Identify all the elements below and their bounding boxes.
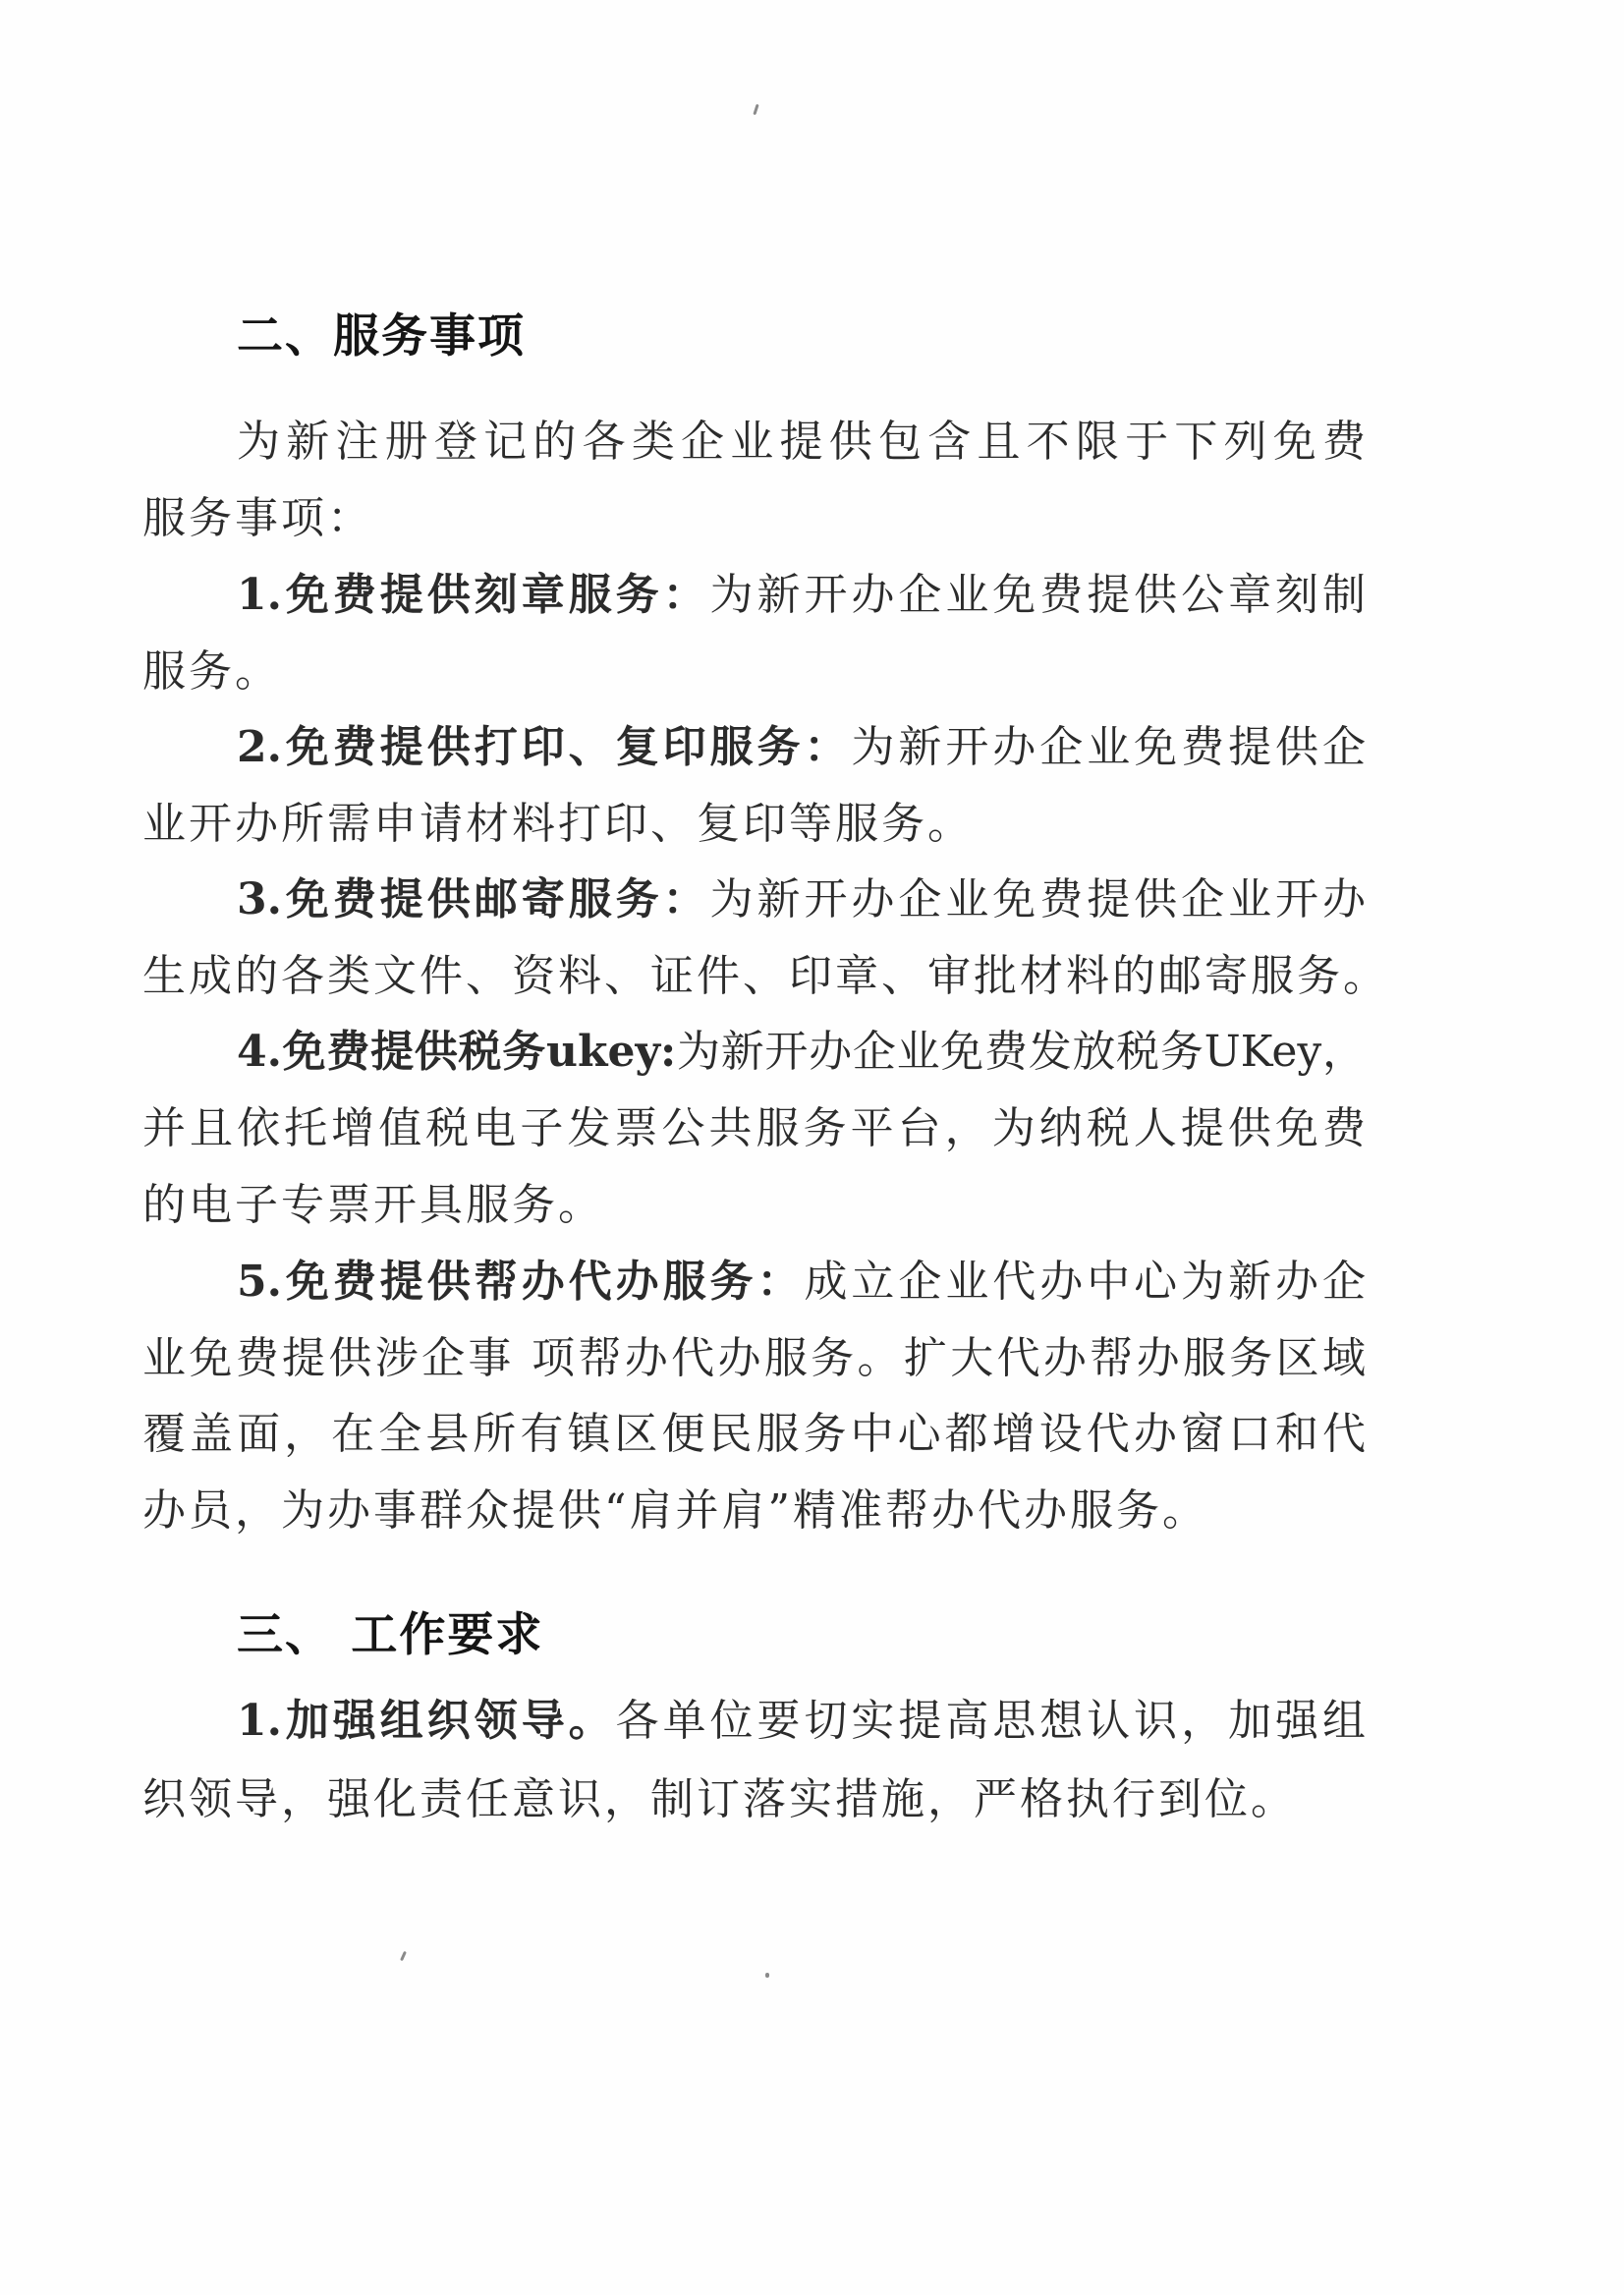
line-text: 织领导，强化责任意识，制订落实措施，严格执行到位。 [142, 1774, 1297, 1824]
text-line: 2.免费提供打印、复印服务：为新开办企业免费提供企 [142, 709, 1366, 786]
text-line: 1.免费提供刻章服务：为新开办企业免费提供公章刻制 [142, 557, 1366, 634]
section-heading-work-requirements: 三、 工作要求 [142, 1597, 1366, 1674]
line-text: 为新开办企业免费提供公章刻制 [710, 570, 1366, 620]
line-text: 各单位要切实提高思想认识，加强组 [616, 1696, 1366, 1746]
text-line: 4.免费提供税务ukey:为新开办企业免费发放税务UKey， [142, 1014, 1366, 1091]
text-line: 的电子专票开具服务。 [142, 1167, 1366, 1244]
text-line: 业开办所需申请材料打印、复印等服务。 [142, 786, 1366, 863]
line-text: 并且依托增值税电子发票公共服务平台，为纳税人提供免费 [142, 1103, 1366, 1153]
line-lead: 4.免费提供税务ukey: [237, 1027, 676, 1077]
section-heading-services: 二、服务事项 [142, 299, 1366, 375]
line-text: 为新开办企业免费提供企 [851, 722, 1366, 772]
text-line: 服务事项： [142, 480, 1366, 557]
line-text: 成立企业代办中心为新办企 [804, 1257, 1366, 1307]
text-line: 为新注册登记的各类企业提供包含且不限于下列免费 [142, 404, 1366, 480]
text-line: 覆盖面，在全县所有镇区便民服务中心都增设代办窗口和代 [142, 1396, 1366, 1473]
line-text: 业免费提供涉企事 项帮办代办服务。扩大代办帮办服务区域 [142, 1333, 1366, 1383]
line-text: 服务事项： [142, 493, 373, 543]
text-line: 5.免费提供帮办代办服务：成立企业代办中心为新办企 [142, 1244, 1366, 1320]
line-text: 为新开办企业免费提供企业开办 [710, 874, 1366, 924]
line-lead: 1.免费提供刻章服务： [237, 570, 710, 620]
line-lead: 5.免费提供帮办代办服务： [237, 1257, 804, 1307]
text-line: 并且依托增值税电子发票公共服务平台，为纳税人提供免费 [142, 1091, 1366, 1167]
document-page: 二、服务事项 为新注册登记的各类企业提供包含且不限于下列免费 服务事项： 1.免… [0, 0, 1624, 2295]
line-text: 办员，为办事群众提供“肩并肩”精准帮办代办服务。 [142, 1485, 1208, 1536]
line-text: 生成的各类文件、资料、证件、印章、审批材料的邮寄服务。 [142, 951, 1389, 1001]
line-text: 为新注册登记的各类企业提供包含且不限于下列免费 [237, 417, 1366, 467]
text-line: 织领导，强化责任意识，制订落实措施，严格执行到位。 [142, 1762, 1366, 1838]
line-text: 的电子专票开具服务。 [142, 1180, 604, 1230]
text-line: 办员，为办事群众提供“肩并肩”精准帮办代办服务。 [142, 1473, 1366, 1549]
line-lead: 3.免费提供邮寄服务： [237, 874, 710, 924]
text-line: 3.免费提供邮寄服务：为新开办企业免费提供企业开办 [142, 862, 1366, 938]
scan-speck [400, 1951, 407, 1961]
scan-speck [765, 1973, 769, 1978]
text-line: 服务。 [142, 634, 1366, 710]
line-lead: 2.免费提供打印、复印服务： [237, 722, 851, 772]
line-text: 为新开办企业免费发放税务UKey， [676, 1027, 1366, 1077]
text-line: 生成的各类文件、资料、证件、印章、审批材料的邮寄服务。 [142, 938, 1366, 1015]
line-text: 服务。 [142, 646, 281, 697]
text-line: 业免费提供涉企事 项帮办代办服务。扩大代办帮办服务区域 [142, 1320, 1366, 1397]
line-text: 业开办所需申请材料打印、复印等服务。 [142, 799, 974, 849]
line-lead: 1.加强组织领导。 [237, 1696, 616, 1746]
scan-speck [753, 104, 758, 115]
text-line: 1.加强组织领导。各单位要切实提高思想认识，加强组 [142, 1683, 1366, 1760]
line-text: 覆盖面，在全县所有镇区便民服务中心都增设代办窗口和代 [142, 1409, 1366, 1459]
